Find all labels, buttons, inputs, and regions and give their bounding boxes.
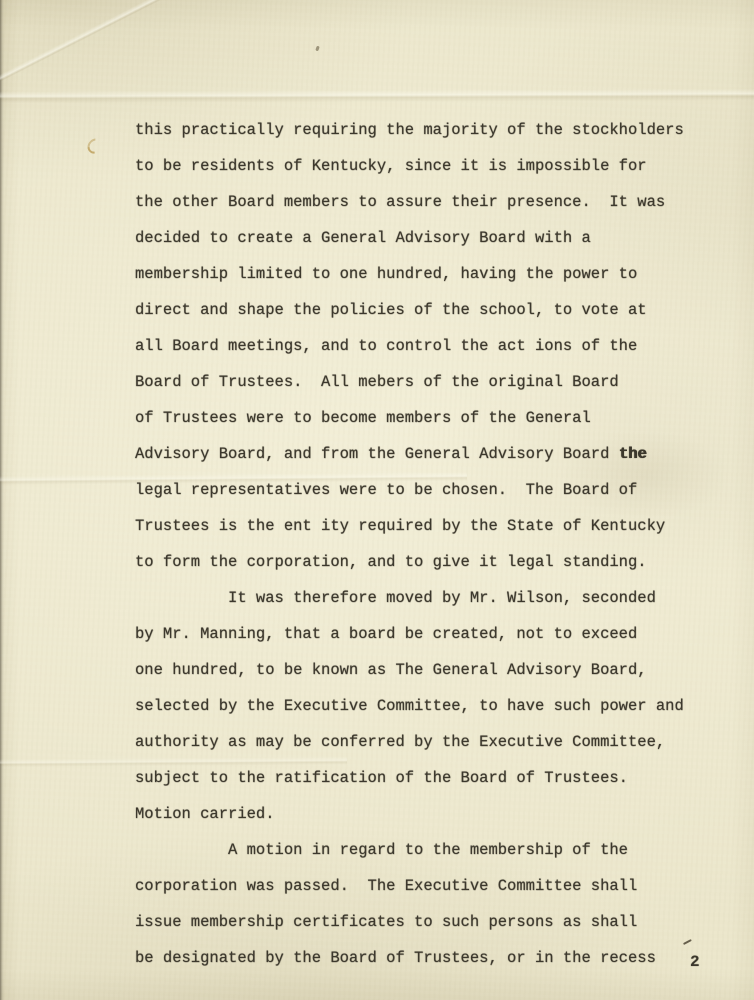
page-left-edge-shadow [0,0,4,1000]
text-line: A motion in regard to the membership of … [135,832,684,868]
text-line: to form the corporation, and to give it … [135,544,684,580]
text-line: selected by the Executive Committee, to … [135,688,684,724]
text-line: corporation was passed. The Executive Co… [135,868,684,904]
text-line: Board of Trustees. All mebers of the ori… [135,364,684,400]
text-line: to be residents of Kentucky, since it is… [135,148,684,184]
text-line: Trustees is the ent ity required by the … [135,508,684,544]
text-line: subject to the ratification of the Board… [135,760,684,796]
text-line: all Board meetings, and to control the a… [135,328,684,364]
text-line: Advisory Board, and from the General Adv… [135,436,684,472]
text-line: of Trustees were to become members of th… [135,400,684,436]
paper-speck [315,46,320,52]
text-line: one hundred, to be known as The General … [135,652,684,688]
paper-crease-corner-diagonal [0,0,213,92]
scanned-page: this practically requiring the majority … [0,0,754,1000]
text-line: decided to create a General Advisory Boa… [135,220,684,256]
text-line: by Mr. Manning, that a board be created,… [135,616,684,652]
text-line: authority as may be conferred by the Exe… [135,724,684,760]
text-line: Motion carried. [135,796,684,832]
text-line: legal representatives were to be chosen.… [135,472,684,508]
text-line: this practically requiring the majority … [135,112,684,148]
text-line: membership limited to one hundred, havin… [135,256,684,292]
page-number: 2 [690,953,700,971]
text-line: issue membership certificates to such pe… [135,904,684,940]
typewritten-text: this practically requiring the majority … [135,112,684,976]
text-line: It was therefore moved by Mr. Wilson, se… [135,580,684,616]
paper-curl-mark [84,135,105,156]
text-line: direct and shape the policies of the sch… [135,292,684,328]
text-line: the other Board members to assure their … [135,184,684,220]
paper-fold-crease-top [0,89,754,104]
overstruck-word: the [619,445,647,463]
stray-pen-mark [683,939,692,945]
text-line: be designated by the Board of Trustees, … [135,940,684,976]
